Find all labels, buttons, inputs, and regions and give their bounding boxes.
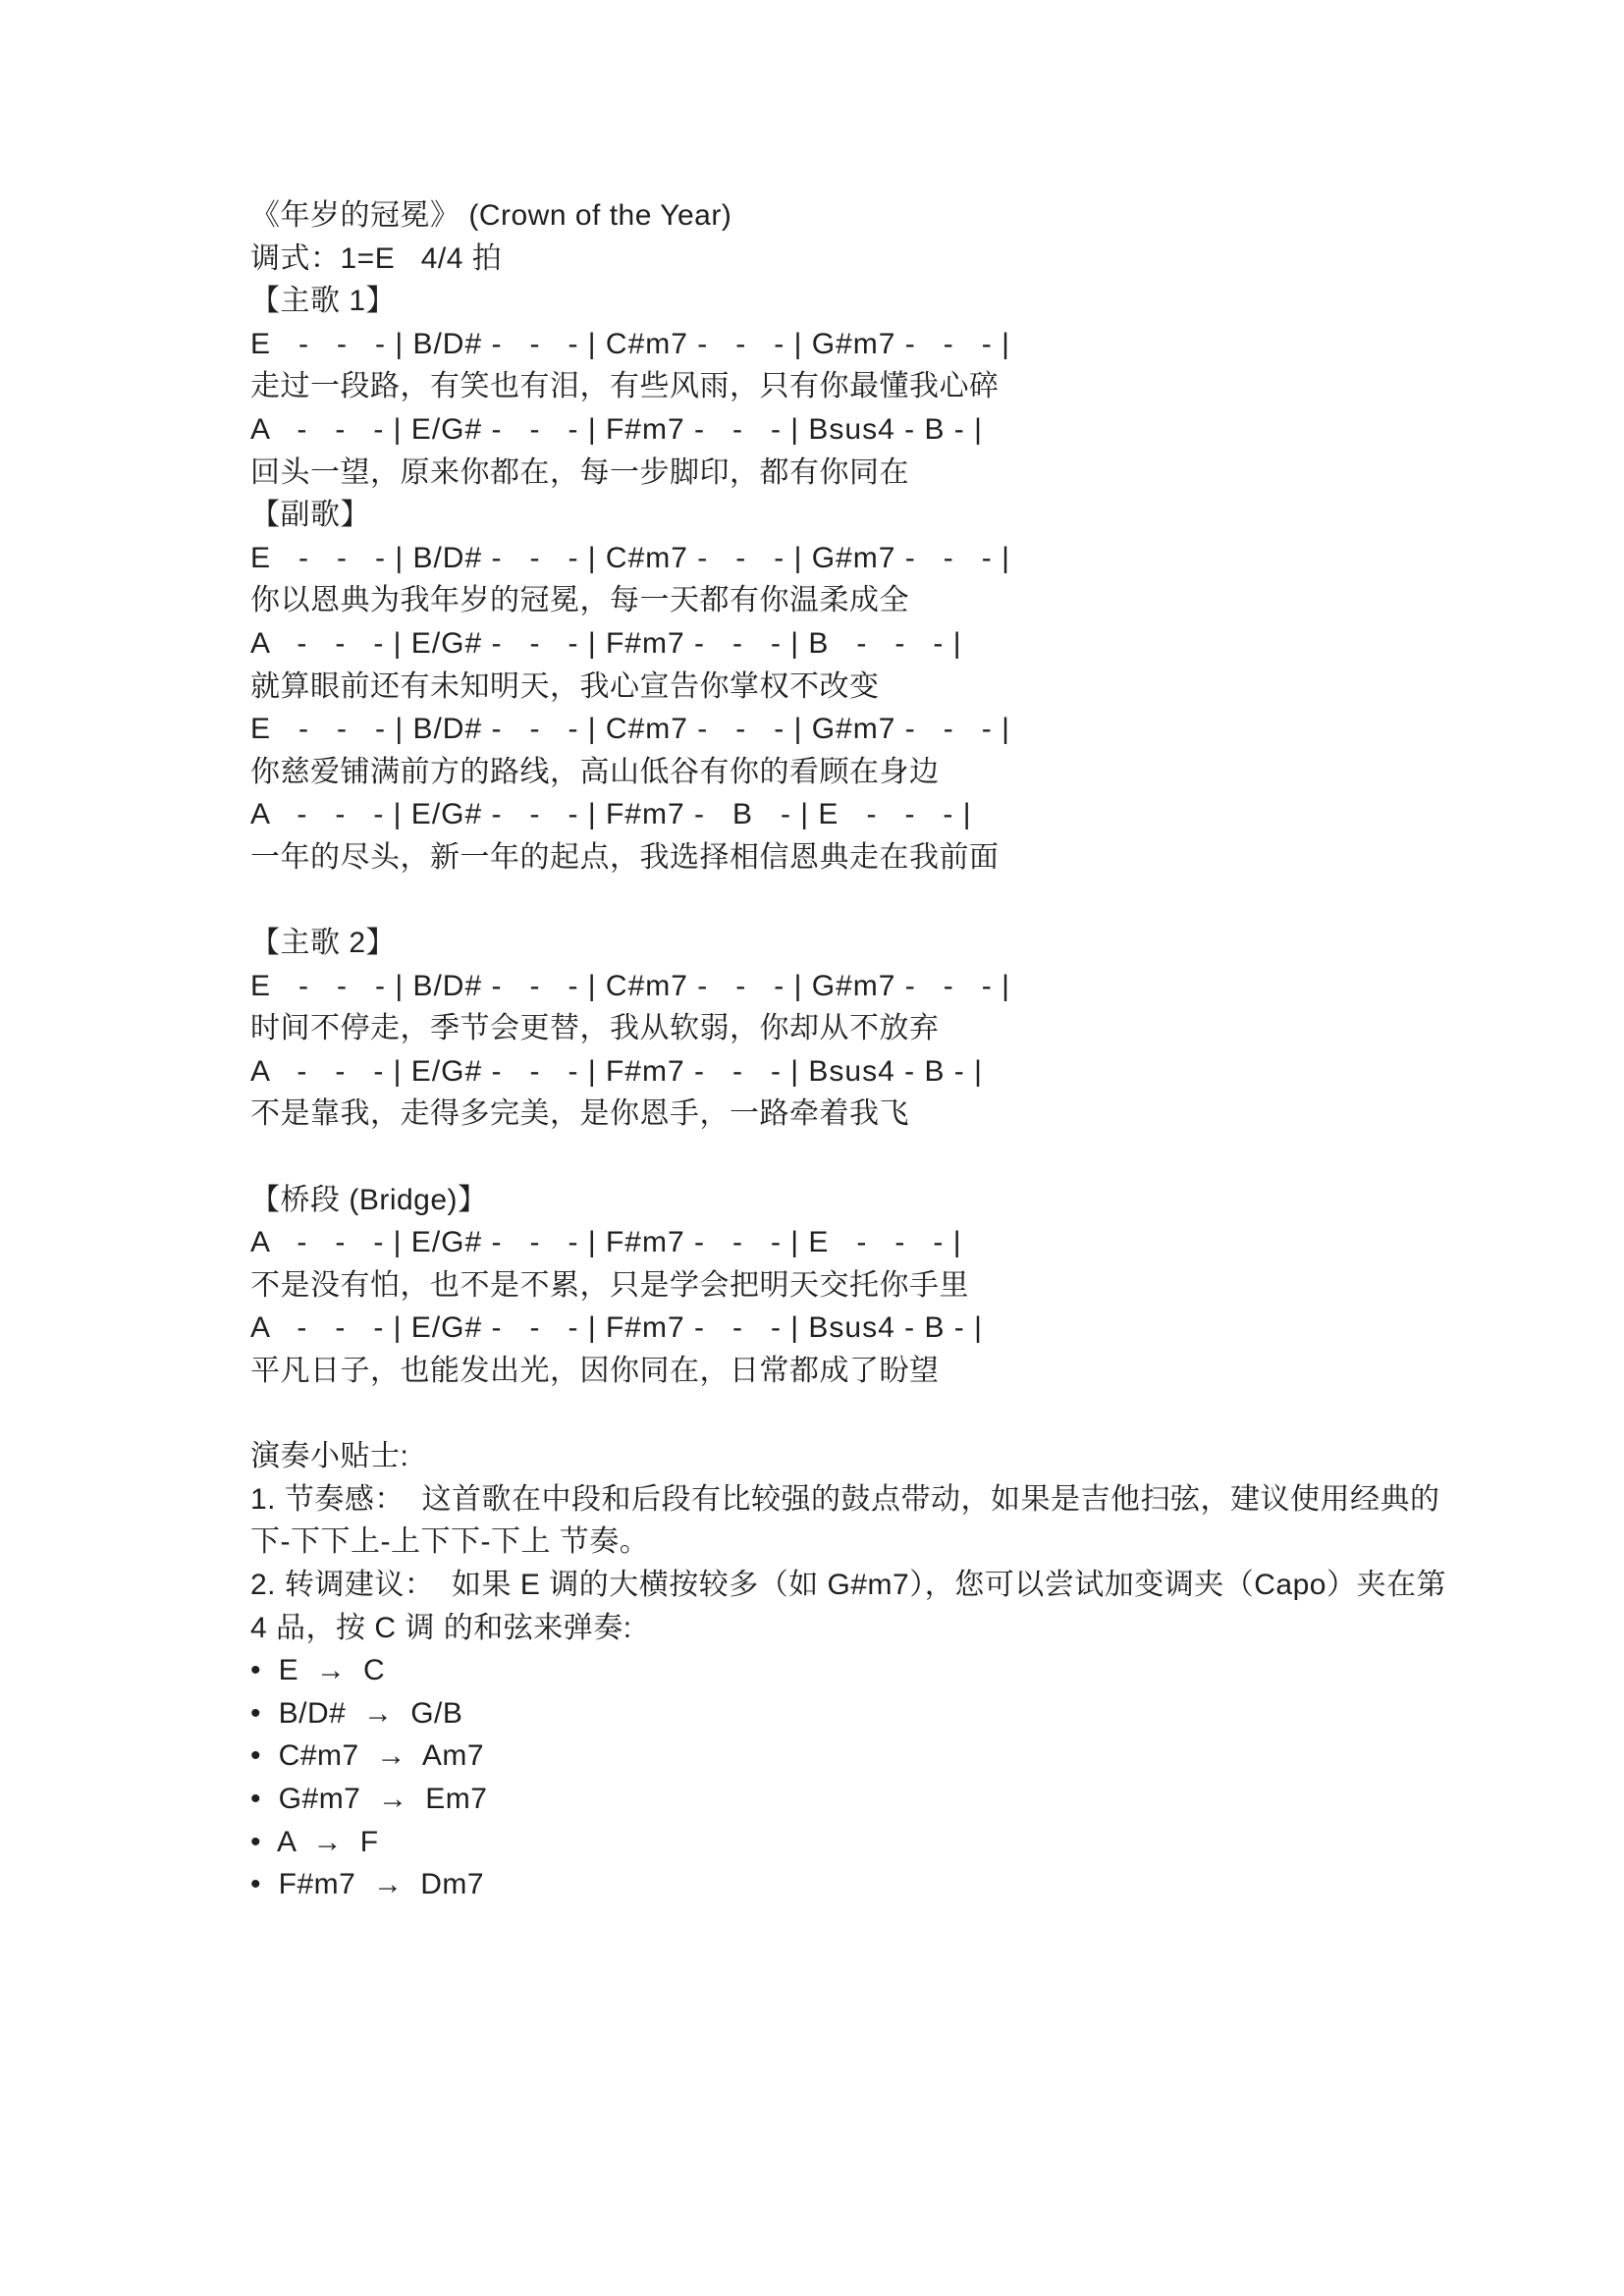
- lyric-line: 就算眼前还有未知明天，我心宣告你掌权不改变: [250, 666, 1389, 709]
- lyric-line: 平凡日子，也能发出光，因你同在，日常都成了盼望: [250, 1350, 1389, 1393]
- chord-line: A - - - | E/G# - - - | F#m7 - B - | E - …: [250, 793, 1389, 836]
- lyric-line: 时间不停走，季节会更替，我从软弱，你却从不放弃: [250, 1007, 1389, 1050]
- chord-line: A - - - | E/G# - - - | F#m7 - - - | Bsus…: [250, 408, 1389, 452]
- chord-line: E - - - | B/D# - - - | C#m7 - - - | G#m7…: [250, 323, 1389, 366]
- section-heading: 【桥段 (Bridge)】: [250, 1179, 1389, 1222]
- lyric-line: 一年的尽头，新一年的起点，我选择相信恩典走在我前面: [250, 836, 1389, 880]
- chord-line: E - - - | B/D# - - - | C#m7 - - - | G#m7…: [250, 537, 1389, 580]
- chord-line: E - - - | B/D# - - - | C#m7 - - - | G#m7…: [250, 708, 1389, 751]
- chord-sheet-page: 《年岁的冠冕》 (Crown of the Year)调式：1=E 4/4 拍【…: [0, 0, 1624, 2296]
- song-title: 《年岁的冠冕》 (Crown of the Year): [250, 194, 1389, 238]
- lyric-line: 不是靠我，走得多完美，是你恩手，一路牵着我飞: [250, 1093, 1389, 1136]
- spacer: [250, 880, 1389, 923]
- section-heading: 【主歌 2】: [250, 922, 1389, 965]
- chord-line: A - - - | E/G# - - - | F#m7 - - - | Bsus…: [250, 1307, 1389, 1350]
- chord-conversion-item: • E → C: [250, 1649, 1389, 1692]
- section-heading: 【主歌 1】: [250, 280, 1389, 323]
- tip-line: 1. 节奏感： 这首歌在中段和后段有比较强的鼓点带动，如果是吉他扫弦，建议使用经…: [250, 1478, 1389, 1522]
- tips-heading: 演奏小贴士:: [250, 1435, 1389, 1478]
- chord-line: A - - - | E/G# - - - | F#m7 - - - | Bsus…: [250, 1050, 1389, 1094]
- chord-line: A - - - | E/G# - - - | F#m7 - - - | E - …: [250, 1221, 1389, 1264]
- tip-line: 2. 转调建议： 如果 E 调的大横按较多（如 G#m7），您可以尝试加变调夹（…: [250, 1564, 1389, 1607]
- section-heading: 【副歌】: [250, 494, 1389, 537]
- spacer: [250, 1136, 1389, 1179]
- chord-conversion-item: • B/D# → G/B: [250, 1692, 1389, 1735]
- tip-line: 下-下下上-上下下-下上 节奏。: [250, 1521, 1389, 1564]
- spacer: [250, 1393, 1389, 1436]
- key-signature: 调式：1=E 4/4 拍: [250, 238, 1389, 281]
- lyric-line: 不是没有怕，也不是不累，只是学会把明天交托你手里: [250, 1264, 1389, 1308]
- chord-conversion-item: • F#m7 → Dm7: [250, 1863, 1389, 1906]
- chord-conversion-item: • G#m7 → Em7: [250, 1778, 1389, 1821]
- lyric-line: 你慈爱铺满前方的路线，高山低谷有你的看顾在身边: [250, 751, 1389, 794]
- lyric-line: 回头一望，原来你都在，每一步脚印，都有你同在: [250, 452, 1389, 495]
- chord-conversion-item: • C#m7 → Am7: [250, 1735, 1389, 1778]
- tip-line: 4 品，按 C 调 的和弦来弹奏:: [250, 1607, 1389, 1650]
- lyric-line: 走过一段路，有笑也有泪，有些风雨，只有你最懂我心碎: [250, 365, 1389, 408]
- lyric-line: 你以恩典为我年岁的冠冕，每一天都有你温柔成全: [250, 579, 1389, 622]
- chord-line: A - - - | E/G# - - - | F#m7 - - - | B - …: [250, 622, 1389, 666]
- chord-line: E - - - | B/D# - - - | C#m7 - - - | G#m7…: [250, 965, 1389, 1008]
- chord-conversion-item: • A → F: [250, 1821, 1389, 1864]
- document-content: 《年岁的冠冕》 (Crown of the Year)调式：1=E 4/4 拍【…: [250, 194, 1389, 1906]
